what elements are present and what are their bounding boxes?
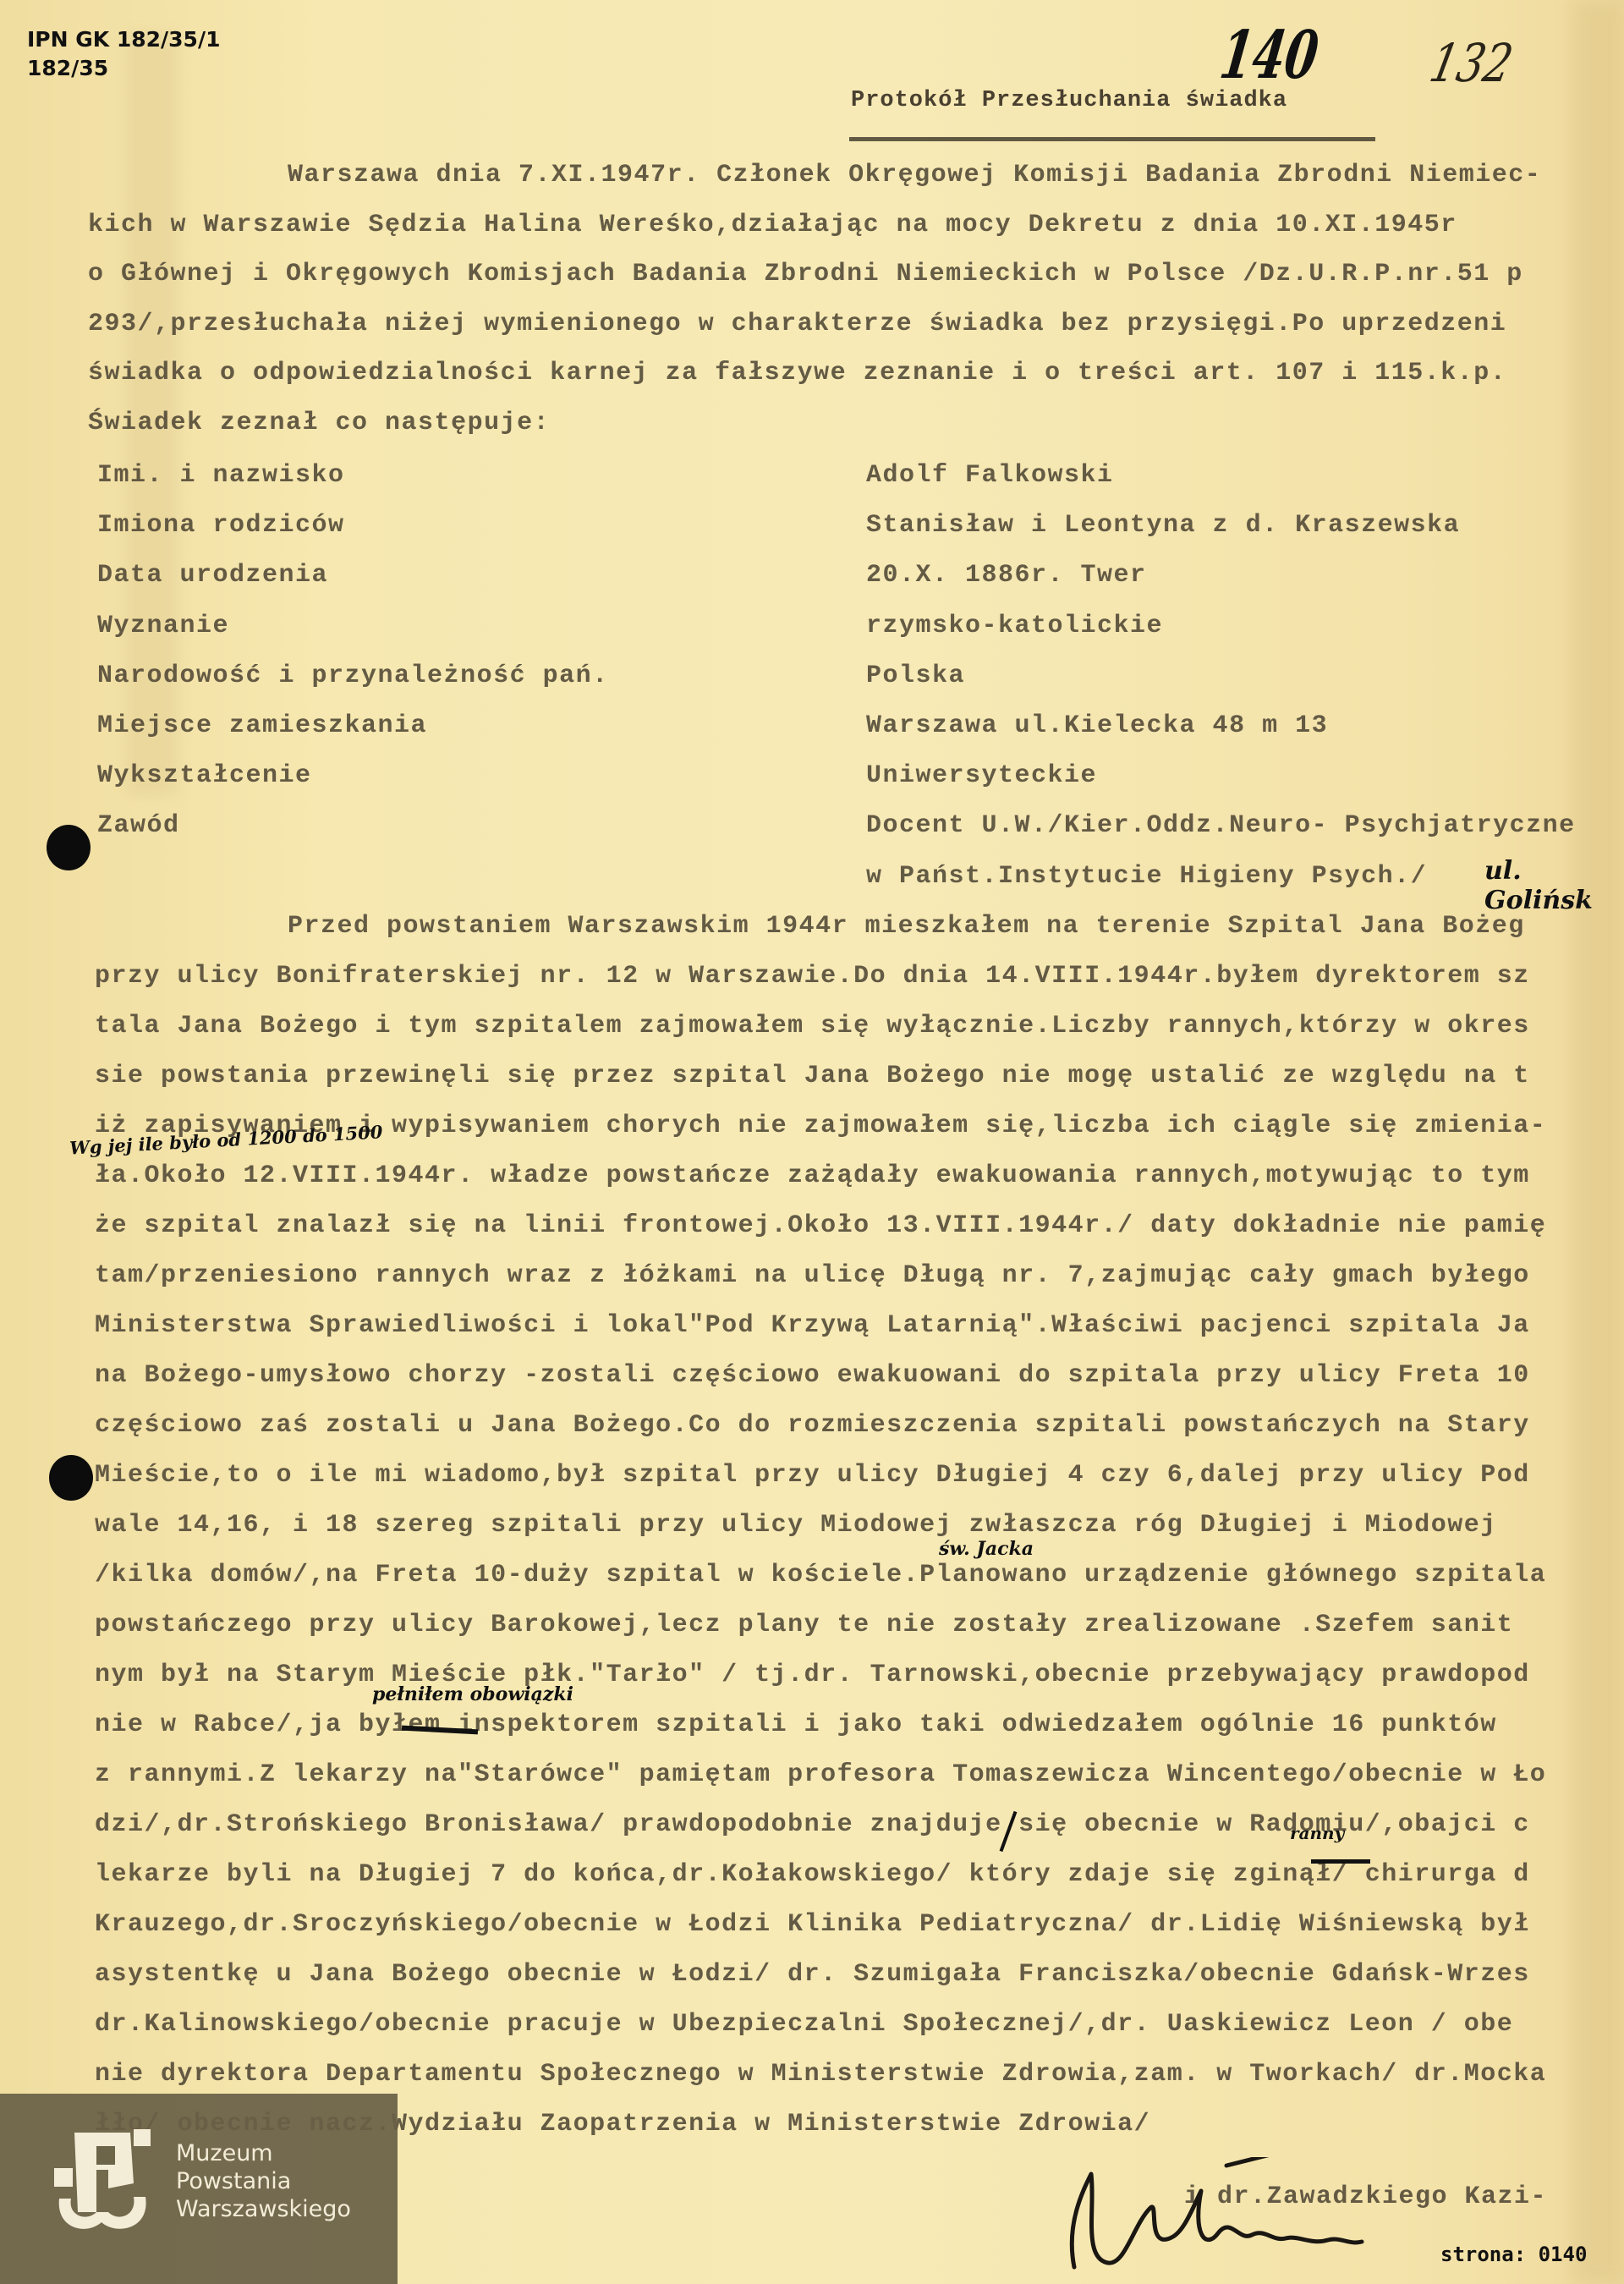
intro-line: Świadek zeznał co następuje: — [88, 409, 550, 437]
handwritten-insert-wounded: ranny — [1290, 1823, 1344, 1843]
handwritten-insert-church: św. Jacka — [939, 1538, 1034, 1560]
paper-stain — [1573, 0, 1624, 2284]
testimony-line: wale 14,16, i 18 szereg szpitali przy ul… — [95, 1511, 1497, 1540]
testimony-line: przy ulicy Bonifraterskiej nr. 12 w Wars… — [95, 962, 1530, 991]
field-value: Stanisław i Leontyna z d. Kraszewska — [866, 511, 1460, 540]
handwritten-old-folio-number: 132 — [1424, 32, 1517, 94]
testimony-line: asystentkę u Jana Bożego obecnie w Łodzi… — [95, 1960, 1530, 1989]
testimony-line: Mieście,to o ile mi wiadomo,był szpital … — [95, 1461, 1530, 1490]
field-value: 20.X. 1886r. Twer — [866, 561, 1147, 590]
field-value: Polska — [866, 662, 965, 690]
intro-line: kich w Warszawie Sędzia Halina Wereśko,d… — [88, 211, 1457, 239]
testimony-line: Krauzego,dr.Sroczyńskiego/obecnie w Łodz… — [95, 1910, 1530, 1939]
field-value: Docent U.W./Kier.Oddz.Neuro- Psychjatryc… — [866, 811, 1576, 840]
field-value: rzymsko-katolickie — [866, 612, 1163, 640]
testimony-line: powstańczego przy ulicy Barokowej,lecz p… — [95, 1611, 1513, 1639]
intro-line: o Głównej i Okręgowych Komisjach Badania… — [88, 260, 1523, 288]
testimony-line: tam/przeniesiono rannych wraz z łóżkami … — [95, 1261, 1530, 1290]
field-value: Uniwersyteckie — [866, 761, 1097, 790]
field-label: Imiona rodziców — [97, 511, 345, 540]
field-label: Data urodzenia — [97, 561, 328, 590]
field-label: Narodowość i przynależność pań. — [97, 662, 609, 690]
testimony-line: Ministerstwa Sprawiedliwości i lokal"Pod… — [95, 1311, 1530, 1340]
page-number: strona: 0140 — [1440, 2243, 1587, 2266]
museum-name: Muzeum Powstania Warszawskiego — [176, 2139, 351, 2223]
testimony-line: dr.Kalinowskiego/obecnie pracuje w Ubezp… — [95, 2010, 1513, 2039]
museum-name-line1: Muzeum — [176, 2139, 351, 2167]
testimony-line: /kilka domów/,na Freta 10-duży szpital w… — [95, 1561, 1546, 1589]
title-underline — [849, 137, 1375, 141]
museum-watermark: Muzeum Powstania Warszawskiego — [0, 2094, 398, 2284]
testimony-line: ła.Około 12.VIII.1944r. władze powstańcz… — [95, 1161, 1530, 1190]
field-label: Imi. i nazwisko — [97, 461, 345, 490]
handwritten-insert-duties: pełniłem obowiązki — [372, 1683, 573, 1705]
field-value: w Państ.Instytucie Higieny Psych./ — [866, 862, 1427, 891]
testimony-line: sie powstania przewinęli się przez szpit… — [95, 1062, 1530, 1090]
testimony-line: nie w Rabce/,ja byłem inspektorem szpita… — [95, 1710, 1497, 1739]
intro-line: Warszawa dnia 7.XI.1947r. Członek Okręgo… — [288, 161, 1541, 189]
testimony-line: że szpital znalazł się na linii frontowe… — [95, 1211, 1546, 1240]
museum-name-line2: Powstania — [176, 2167, 351, 2195]
testimony-line: z rannymi.Z lekarzy na"Starówce" pamięta… — [95, 1760, 1546, 1789]
testimony-line: Przed powstaniem Warszawskim 1944r miesz… — [288, 912, 1525, 941]
testimony-line: na Bożego-umysłowo chorzy -zostali częśc… — [95, 1361, 1530, 1390]
punch-hole — [49, 1455, 93, 1501]
museum-name-line3: Warszawskiego — [176, 2195, 351, 2223]
handwritten-folio-number: 140 — [1215, 17, 1323, 94]
punch-hole — [47, 825, 91, 870]
intro-line: świadka o odpowiedzialności karnej za fa… — [88, 359, 1506, 387]
kotwica-anchor-icon — [52, 2128, 154, 2236]
field-value: Adolf Falkowski — [866, 461, 1114, 490]
field-label: Miejsce zamieszkania — [97, 711, 427, 740]
testimony-line: nie dyrektora Departamentu Społecznego w… — [95, 2060, 1546, 2089]
archive-reference: IPN GK 182/35/1 — [27, 25, 220, 54]
signature-mark — [1057, 2157, 1413, 2276]
handwritten-address-note: ul. Golińsk — [1484, 856, 1624, 915]
field-label: Zawód — [97, 811, 180, 840]
strikethrough-mark — [1311, 1859, 1370, 1864]
archive-reference-short: 182/35 — [27, 54, 108, 83]
field-value: Warszawa ul.Kielecka 48 m 13 — [866, 711, 1328, 740]
document-title: Protokół Przesłuchania świadka — [851, 88, 1287, 113]
intro-line: 293/,przesłuchała niżej wymienionego w c… — [88, 310, 1506, 338]
field-label: Wykształcenie — [97, 761, 312, 790]
testimony-line: częściowo zaś zostali u Jana Bożego.Co d… — [95, 1411, 1530, 1440]
testimony-line: lekarze byli na Długiej 7 do końca,dr.Ko… — [95, 1860, 1530, 1889]
testimony-line: nym był na Starym Mieście płk."Tarło" / … — [95, 1661, 1530, 1689]
testimony-line: tala Jana Bożego i tym szpitalem zajmowa… — [95, 1012, 1530, 1040]
field-label: Wyznanie — [97, 612, 229, 640]
